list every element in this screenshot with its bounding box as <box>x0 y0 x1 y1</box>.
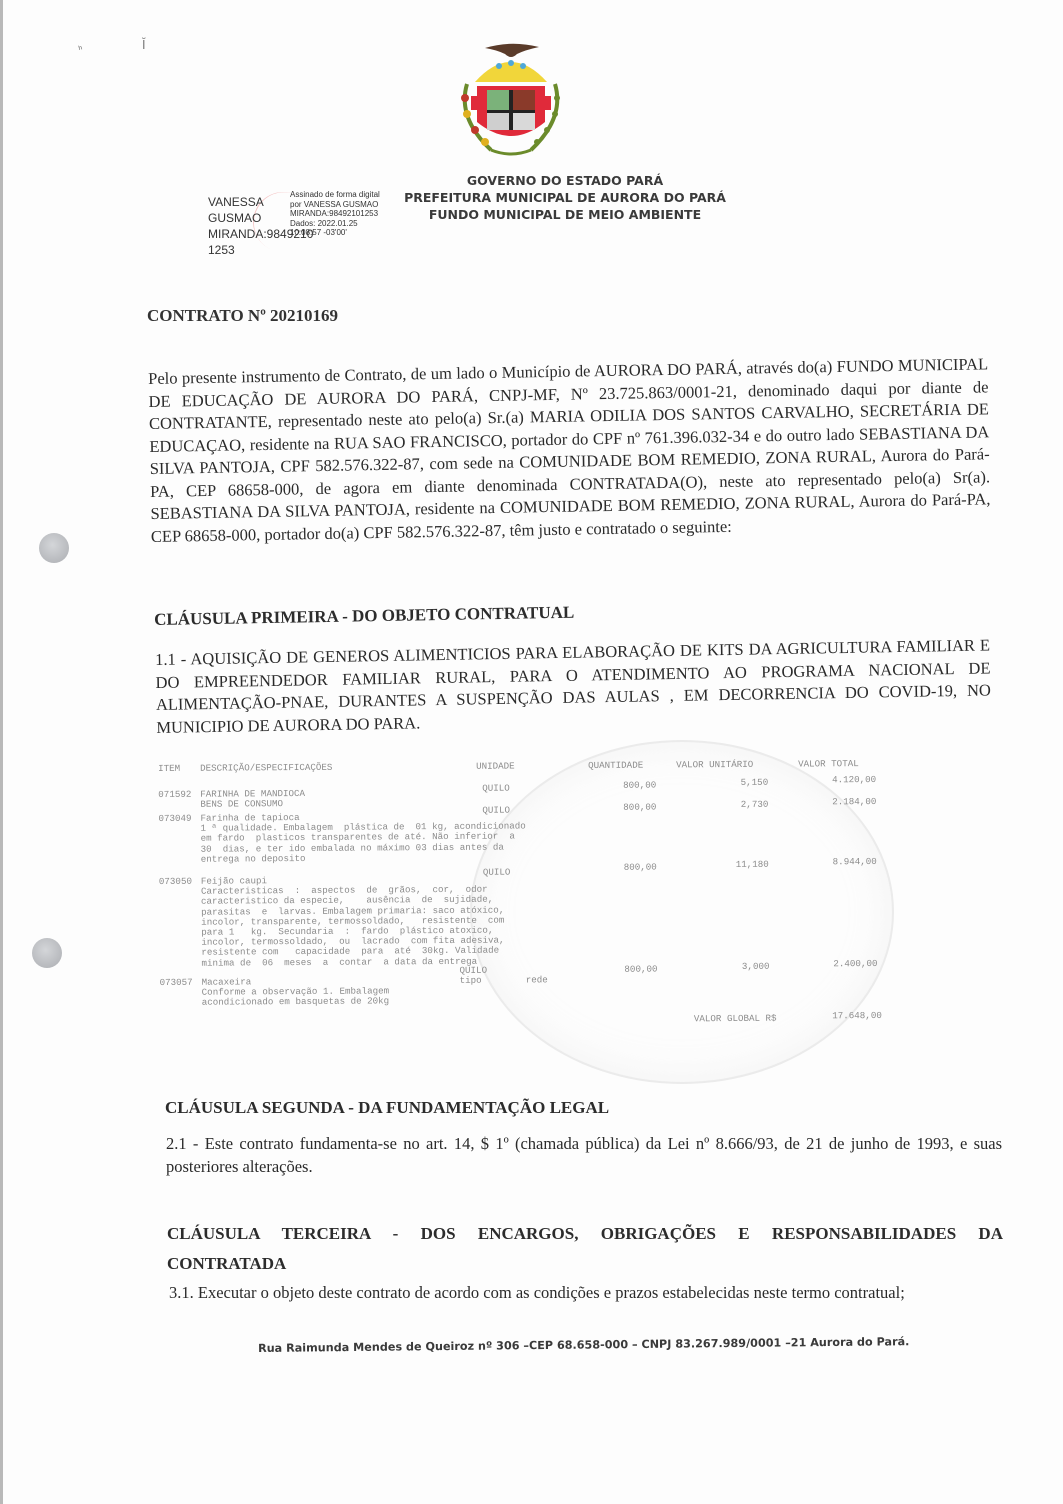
table-row-unit-price: 3,000 <box>719 962 769 973</box>
table-row-description: FARINHA DE MANDIOCA BENS DE CONSUMO <box>200 789 305 810</box>
table-row-description: Feijão caupi Caracteristicas : aspectos … <box>201 875 505 969</box>
col-header-quantity: QUANTIDADE <box>588 761 643 772</box>
col-header-description: DESCRIÇÃO/ESPECIFICAÇÕES <box>200 763 332 774</box>
clause2-text: 2.1 - Este contrato fundamenta-se no art… <box>166 1133 1002 1178</box>
table-row-quantity: 800,00 <box>607 965 657 976</box>
table-row-unit: QUILO <box>483 868 511 878</box>
table-row-unit-price: 5,150 <box>718 778 768 789</box>
signature-stamp: Assinado de forma digital por VANESSA GU… <box>290 190 400 238</box>
letterhead-prefecture: PREFEITURA MUNICIPAL DE AURORA DO PARÁ <box>395 189 735 206</box>
table-row-total: 2.184,00 <box>818 797 876 808</box>
table-row-quantity: 800,00 <box>606 803 656 814</box>
clause3-heading-cont: CONTRATADA <box>167 1254 286 1274</box>
punch-hole <box>32 938 62 968</box>
contract-intro: Pelo presente instrumento de Contrato, d… <box>148 353 991 548</box>
table-row-item: 073057 <box>160 978 193 988</box>
table-row-description: Farinha de tapioca 1 ª qualidade. Embala… <box>200 811 526 864</box>
col-header-total: VALOR TOTAL <box>798 759 859 770</box>
margin-mark: ᑋ <box>77 43 85 59</box>
table-row-total: 4.120,00 <box>818 775 876 786</box>
letterhead: GOVERNO DO ESTADO PARÁ PREFEITURA MUNICI… <box>395 172 735 223</box>
table-row-unit: QUILO <box>482 806 510 816</box>
table-row-item: 073049 <box>158 814 191 824</box>
punch-hole <box>39 533 69 563</box>
table-row-unit: QUILO tipo rede <box>459 965 547 986</box>
global-value-label: VALOR GLOBAL R$ <box>694 1014 777 1025</box>
table-row-quantity: 800,00 <box>607 863 657 874</box>
signer-name: VANESSA GUSMAO MIRANDA:9849210 1253 <box>208 194 288 258</box>
table-row-total: 8.944,00 <box>819 857 877 868</box>
items-table: ITEM DESCRIÇÃO/ESPECIFICAÇÕES UNIDADE QU… <box>158 751 900 1036</box>
table-row-item: 073050 <box>159 877 192 887</box>
letterhead-government: GOVERNO DO ESTADO PARÁ <box>395 172 735 189</box>
letterhead-fund: FUNDO MUNICIPAL DE MEIO AMBIENTE <box>395 206 735 223</box>
global-value: 17.648,00 <box>820 1011 882 1022</box>
table-row-unit-price: 2,730 <box>718 800 768 811</box>
col-header-unit: UNIDADE <box>476 762 515 772</box>
contract-title: CONTRATO Nº 20210169 <box>147 306 338 326</box>
table-row-total: 2.400,00 <box>819 959 877 970</box>
clause3-heading: CLÁUSULA TERCEIRA - DOS ENCARGOS, OBRIGA… <box>167 1222 1003 1246</box>
page-edge <box>0 0 3 1504</box>
col-header-unit-price: VALOR UNITÁRIO <box>676 760 753 771</box>
table-row-unit: QUILO <box>482 784 510 794</box>
table-row-unit-price: 11,180 <box>719 860 769 871</box>
margin-mark: Ĭ <box>142 38 146 52</box>
col-header-item: ITEM <box>158 764 180 774</box>
table-row-description: Macaxeira Conforme a observação 1. Embal… <box>202 976 390 1008</box>
table-row-item: 071592 <box>158 790 191 800</box>
clause2-heading: CLÁUSULA SEGUNDA - DA FUNDAMENTAÇÃO LEGA… <box>165 1098 609 1118</box>
clause1-heading: CLÁUSULA PRIMEIRA - DO OBJETO CONTRATUAL <box>154 603 574 630</box>
clause1-text: 1.1 - AQUISIÇÃO DE GENEROS ALIMENTICIOS … <box>155 634 991 739</box>
coat-of-arms-icon <box>447 38 575 162</box>
clause3-text: 3.1. Executar o objeto deste contrato de… <box>169 1282 1009 1305</box>
table-row-quantity: 800,00 <box>606 781 656 792</box>
footer-address: Rua Raimunda Mendes de Queiroz nº 306 –C… <box>258 1335 909 1355</box>
